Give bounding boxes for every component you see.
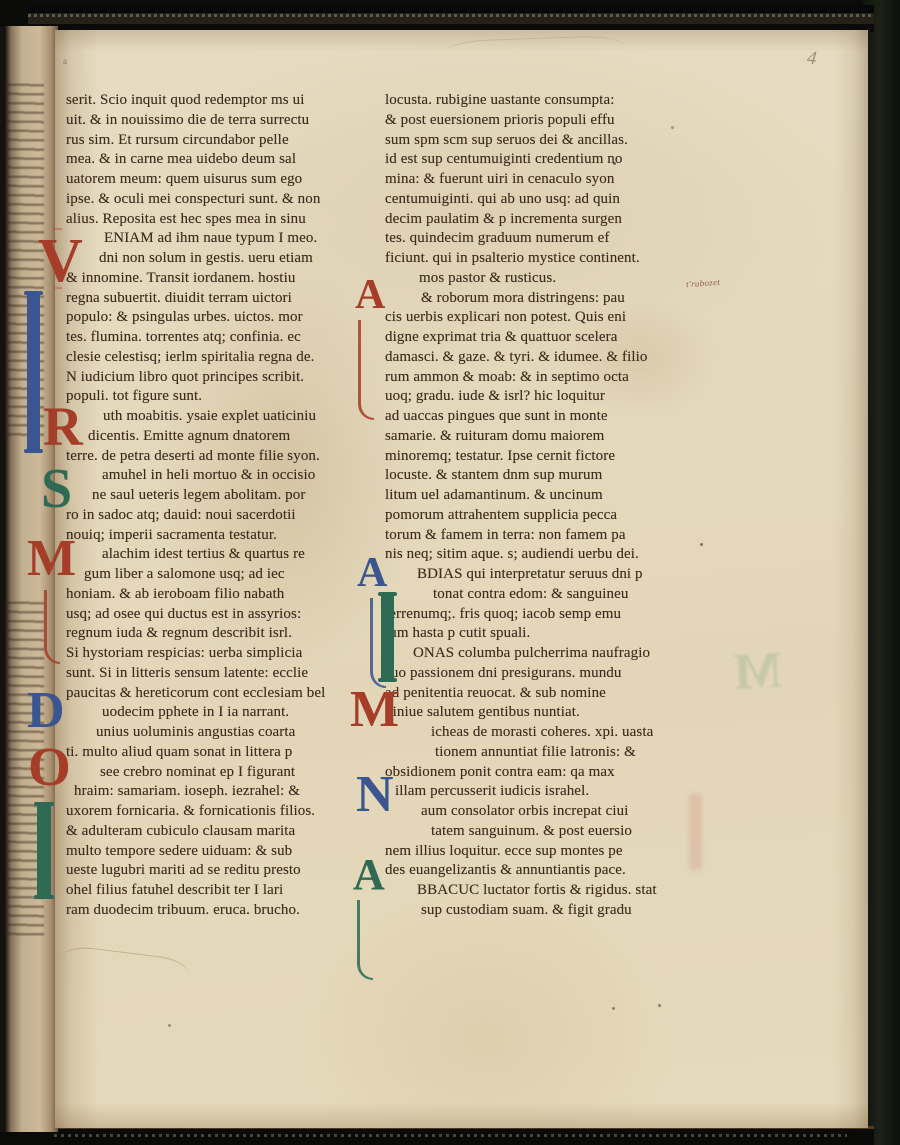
manuscript-text-line: usq; ad osee qui ductus est in assyrios: [66, 605, 371, 625]
manuscript-text-line: locusta. rubigine uastante consumpta: [385, 91, 703, 111]
manuscript-text-line: uatorem meum: quem uisurus sum ego [66, 170, 371, 190]
manuscript-text-line: ficiunt. qui in psalterio mystice contin… [385, 249, 703, 269]
manuscript-text-line: mina: & fuerunt uiri in cenaculo syon [385, 170, 703, 190]
manuscript-text-line: tatem sanguinum. & post euersio [385, 822, 703, 842]
manuscript-text-line: sup custodiam suam. & figit gradu [385, 901, 703, 921]
ruling-prick-mark [55, 287, 62, 289]
manuscript-text-line: ad penitentia reuocat. & sub nomine [385, 684, 703, 704]
book-top-page-edges [28, 5, 874, 32]
illuminated-initial-A: A [355, 279, 385, 313]
manuscript-text-line: uth moabitis. ysaie explet uaticiniu [66, 407, 371, 427]
manuscript-text-line: pomorum attrahentem supplicia pecca [385, 506, 703, 526]
illuminated-initial-I [381, 593, 394, 681]
ink-offset-stain: M [731, 641, 783, 702]
manuscript-text-line: damasci. & gaze. & tyri. & idumee. & fil… [385, 348, 703, 368]
manuscript-text-line: id est sup centumuiginti credentium no [385, 150, 703, 170]
manuscript-text-line: lum hasta p cutit spuali. [385, 624, 703, 644]
illuminated-initial-S: S [41, 467, 72, 512]
book-bottom-page-edges [48, 1126, 874, 1145]
manuscript-text-line: honiam. & ab ieroboam filio nabath [66, 585, 371, 605]
manuscript-text-line: ne saul ueteris legem abolitam. por [66, 486, 371, 506]
manuscript-text-line: nis neq; sitim aque. s; audiendi uerbu d… [385, 545, 703, 565]
illuminated-initial-M: M [350, 689, 399, 731]
manuscript-text-line: multo tempore sedere uiduam: & sub [66, 842, 371, 862]
manuscript-text-line: samarie. & ruituram domu maiorem [385, 427, 703, 447]
manuscript-text-line: suo passionem dni presigurans. mundu [385, 664, 703, 684]
manuscript-text-line: ENIAM ad ihm naue typum I meo. [66, 229, 371, 249]
manuscript-text-line: BBACUC luctator fortis & rigidus. stat [385, 881, 703, 901]
folio-number: 4 [806, 48, 818, 71]
parchment-page: a 4 t'rubozet serit. Scio inquit quod re… [55, 30, 868, 1128]
manuscript-text-line: ad uaccas pingues que sunt in monte [385, 407, 703, 427]
manuscript-text-line: unius uoluminis angustias coarta [66, 723, 371, 743]
manuscript-text-line: Si hystoriam respicias: uerba simplicia [66, 644, 371, 664]
manuscript-text-line: gum liber a salomone usq; ad iec [66, 565, 371, 585]
manuscript-text-line: niniue salutem gentibus nuntiat. [385, 703, 703, 723]
manuscript-text-line: ONAS columba pulcherrima naufragio [385, 644, 703, 664]
manuscript-text-line: populo: & psingulas urbes. uictos. mor [66, 308, 371, 328]
manuscript-text-line: tes. quindecim graduum numerum ef [385, 229, 703, 249]
manuscript-text-line: terrenumq;. fris quoq; iacob semp emu [385, 605, 703, 625]
manuscript-text-line: & innomine. Transit iordanem. hostiu [66, 269, 371, 289]
manuscript-text-line: ram duodecim tribuum. eruca. brucho. [66, 901, 371, 921]
manuscript-text-line: ti. multo aliud quam sonat in littera p [66, 743, 371, 763]
illuminated-initial-I [37, 803, 51, 898]
manuscript-text-line: rum ammon & moab: & in septimo octa [385, 368, 703, 388]
manuscript-text-line: digne exprimat tria & quattuor scelera [385, 328, 703, 348]
illuminated-initial-D: D [27, 690, 65, 732]
manuscript-text-line: icheas de morasti coheres. xpi. uasta [385, 723, 703, 743]
manuscript-text-line: cis uerbis explicari non potest. Quis en… [385, 308, 703, 328]
manuscript-text-line: ro in sadoc atq; dauid: noui sacerdotii [66, 506, 371, 526]
parchment-crease [58, 944, 191, 991]
manuscript-text-line: aum consolator orbis increpat ciui [385, 802, 703, 822]
manuscript-text-line: dni non solum in gestis. ueru etiam [66, 249, 371, 269]
illuminated-initial-I [27, 292, 40, 452]
foxing-speck [613, 162, 616, 165]
manuscript-text-line: obsidionem ponit contra eam: qa max [385, 763, 703, 783]
ink-offset-stain [689, 793, 702, 871]
manuscript-text-line: regnum iuda & regnum describit isrl. [66, 624, 371, 644]
manuscript-text-line: tonat contra edom: & sanguineu [385, 585, 703, 605]
manuscript-text-line: uoq; gradu. iude & isrl? hic loquitur [385, 387, 703, 407]
ruling-prick-mark [55, 228, 62, 230]
manuscript-text-line: rus sim. Et rursum circundabor pelle [66, 131, 371, 151]
corner-mark: a [63, 56, 67, 66]
manuscript-text-line: sunt. Si in litteris sensum latente: ecc… [66, 664, 371, 684]
illuminated-initial-A: A [353, 857, 385, 892]
manuscript-text-line: sum spm scm sup seruos dei & ancillas. [385, 131, 703, 151]
manuscript-text-line: torum & famem in terra: non famem pa [385, 526, 703, 546]
text-column-left: serit. Scio inquit quod redemptor ms uiu… [66, 91, 371, 921]
manuscript-text-line: N iudicium libro quot principes scribit. [66, 368, 371, 388]
manuscript-text-line: populi. tot figure sunt. [66, 387, 371, 407]
manuscript-text-line: paucitas & hereticorum cont ecclesiam be… [66, 684, 371, 704]
manuscript-photo: a 4 t'rubozet serit. Scio inquit quod re… [0, 0, 900, 1145]
manuscript-text-line: terre. de petra deserti ad monte filie s… [66, 447, 371, 467]
initial-flourish-tail [358, 320, 374, 420]
manuscript-text-line: ipse. & oculi mei conspecturi sunt. & no… [66, 190, 371, 210]
manuscript-text-line: nouiq; imperii sacramenta testatur. [66, 526, 371, 546]
manuscript-text-line: uxorem fornicaria. & fornicationis filio… [66, 802, 371, 822]
illuminated-initial-N: N [356, 774, 394, 816]
manuscript-text-line: ueste lugubri mariti ad se reditu presto [66, 861, 371, 881]
illuminated-initial-V: V [38, 237, 83, 287]
text-column-right: locusta. rubigine uastante consumpta:& p… [385, 91, 703, 921]
manuscript-text-line: clesie celestisq; ierlm spiritalia regna… [66, 348, 371, 368]
initial-flourish-tail [357, 900, 373, 980]
initial-flourish-tail [44, 590, 60, 664]
manuscript-text-line: mos pastor & rusticus. [385, 269, 703, 289]
manuscript-text-line: centumuiginti. qui ab uno usq: ad quin [385, 190, 703, 210]
manuscript-text-line: serit. Scio inquit quod redemptor ms ui [66, 91, 371, 111]
manuscript-text-line: & post euersionem prioris populi effu [385, 111, 703, 131]
manuscript-text-line: regna subuertit. diuidit terram uictori [66, 289, 371, 309]
manuscript-text-line: uodecim pphete in I ia narrant. [66, 703, 371, 723]
manuscript-text-line: tes. flumina. torrentes atq; confinia. e… [66, 328, 371, 348]
manuscript-text-line: hraim: samariam. ioseph. iezrahel: & [66, 782, 371, 802]
manuscript-text-line: uit. & in nouissimo die de terra surrect… [66, 111, 371, 131]
manuscript-text-line: tionem annuntiat filie latronis: & [385, 743, 703, 763]
illuminated-initial-M: M [27, 538, 76, 580]
illuminated-initial-R: R [43, 405, 83, 449]
manuscript-text-line: BDIAS qui interpretatur seruus dni p [385, 565, 703, 585]
manuscript-text-line: locuste. & stantem dnm sup murum [385, 466, 703, 486]
manuscript-text-line: amuhel in heli mortuo & in occisio [66, 466, 371, 486]
manuscript-text-line: ohel filius fatuhel describit ter I lari [66, 881, 371, 901]
manuscript-text-line: dicentis. Emitte agnum dnatorem [66, 427, 371, 447]
manuscript-text-line: minoremq; testatur. Ipse cernit fictore [385, 447, 703, 467]
illuminated-initial-A: A [357, 557, 387, 591]
illuminated-initial-O: O [28, 745, 71, 789]
manuscript-text-line: & roborum mora distringens: pau [385, 289, 703, 309]
manuscript-text-line: alachim idest tertius & quartus re [66, 545, 371, 565]
manuscript-text-line: & adulteram cubiculo clausam marita [66, 822, 371, 842]
manuscript-text-line: illam percusserit iudicis israhel. [385, 782, 703, 802]
manuscript-text-line: alius. Reposita est hec spes mea in sinu [66, 210, 371, 230]
manuscript-text-line: mea. & in carne mea uidebo deum sal [66, 150, 371, 170]
manuscript-text-line: nem illius loquitur. ecce sup montes pe [385, 842, 703, 862]
parchment-crease [445, 35, 626, 64]
manuscript-text-line: des euangelizantis & annuntiantis pace. [385, 861, 703, 881]
manuscript-text-line: see crebro nominat ep I figurant [66, 763, 371, 783]
manuscript-text-line: litum uel adamantinum. & uncinum [385, 486, 703, 506]
manuscript-text-line: decim paulatim & p incrementa surgen [385, 210, 703, 230]
